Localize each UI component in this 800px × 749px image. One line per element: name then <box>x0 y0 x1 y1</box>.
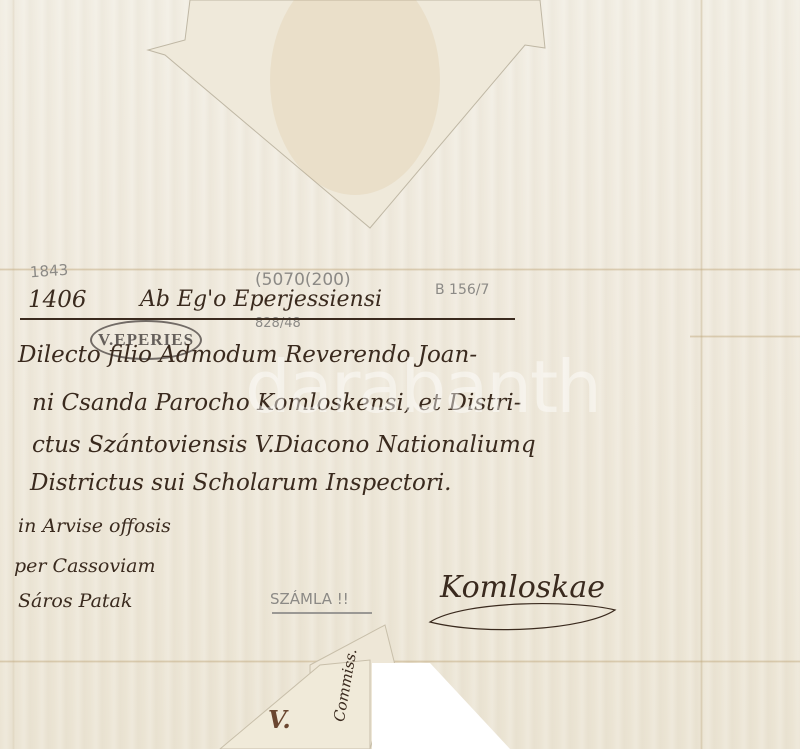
pencil-catalog-ref-2: B 156/7 <box>435 282 489 298</box>
letter-number: 1406 <box>28 287 87 313</box>
destination-flourish <box>425 600 625 640</box>
watermark: darabanth <box>245 345 600 429</box>
pencil-szamla: SZÁMLA !! <box>270 590 349 608</box>
routing-line-1: in Arvise offosis <box>18 515 171 537</box>
header-underline <box>20 318 515 320</box>
address-line-3: ctus Szántoviensis V.Diacono Nationalium… <box>32 432 536 458</box>
header-line: Ab Eg'o Eperjessiensi <box>140 287 382 312</box>
pencil-underline <box>272 612 372 614</box>
back-mark: V. <box>268 705 291 734</box>
pencil-year: 1843 <box>29 261 68 282</box>
routing-line-3: Sáros Patak <box>18 590 132 612</box>
address-line-4: Districtus sui Scholarum Inspectori. <box>30 470 452 496</box>
routing-line-2: per Cassoviam <box>14 555 156 577</box>
